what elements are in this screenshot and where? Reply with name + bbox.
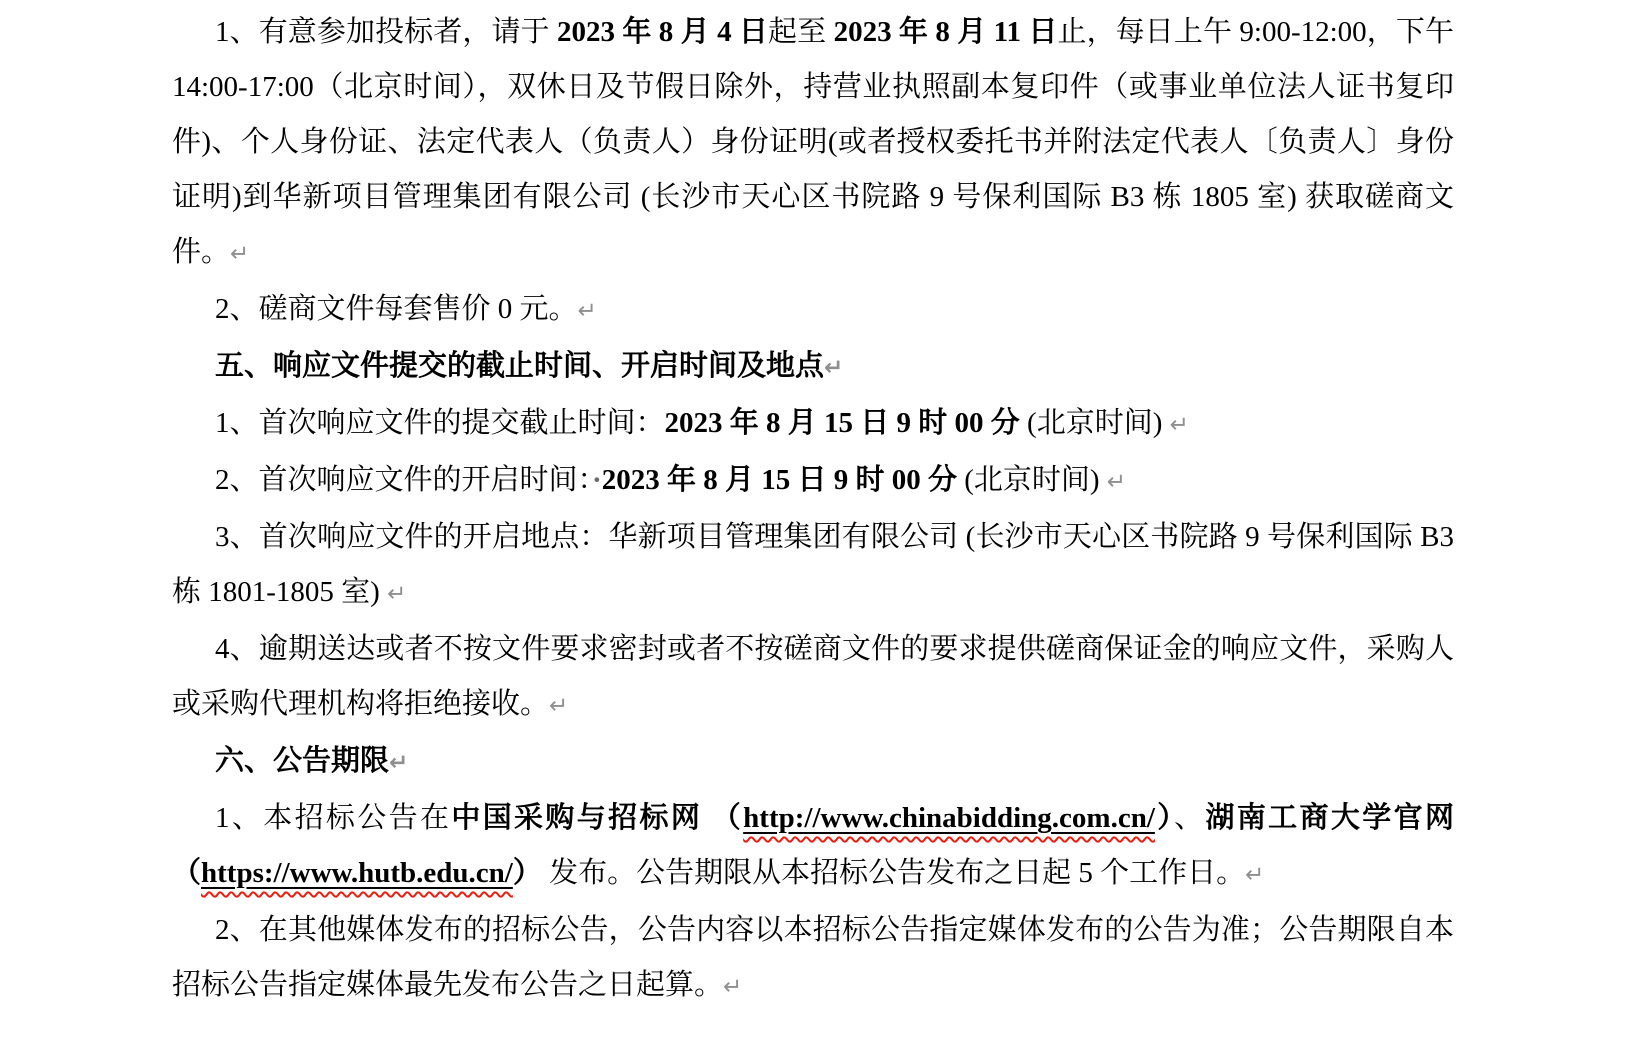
text-run: （	[702, 802, 743, 834]
paragraph-mark: ↵	[824, 355, 843, 381]
paragraph-mark: ↵	[723, 974, 742, 1000]
text-run: 2、磋商文件每套售价 0 元。	[215, 293, 578, 325]
document-page[interactable]: 1、有意参加投标者，请于 2023 年 8 月 4 日起至 2023 年 8 月…	[0, 0, 1626, 1048]
text-run: 1、本招标公告在	[215, 802, 451, 834]
text-run: 五、响应文件提交的截止时间、开启时间及地点	[215, 350, 824, 382]
paragraph-mark: ↵	[387, 581, 406, 607]
text-run: 2、首次响应文件的开启时间：	[215, 464, 592, 496]
paragraph-mark: ↵	[549, 693, 568, 719]
text-run: 2023 年 8 月 4 日	[557, 16, 768, 48]
text-run: 湖南工商大学官网	[1205, 802, 1453, 834]
text-run: 六、公告期限	[215, 745, 389, 777]
text-run: (北京时间)	[957, 464, 1107, 496]
paragraph-mark: ↵	[578, 298, 597, 324]
text-run: 止，每日上午 9:00-12:00，下午 14:00-17:00（北京时间），双…	[172, 16, 1461, 268]
url-text: https://www.hutb.edu.cn/	[201, 857, 513, 889]
item-obtain-documents: 1、有意参加投标者，请于 2023 年 8 月 4 日起至 2023 年 8 月…	[172, 5, 1454, 282]
heading-section-5: 五、响应文件提交的截止时间、开启时间及地点↵	[172, 339, 1454, 396]
text-run: (北京时间)	[1020, 407, 1170, 439]
text-run: 2023 年 8 月 15 日 9 时 00 分	[665, 407, 1020, 439]
paragraph-mark: ↵	[389, 750, 408, 776]
item-submission-deadline: 1、首次响应文件的提交截止时间：2023 年 8 月 15 日 9 时 00 分…	[172, 396, 1454, 453]
paragraph-mark: ↵	[1245, 862, 1264, 888]
text-run: 起至	[768, 16, 834, 48]
text-run: 、	[1174, 802, 1205, 834]
item-opening-location: 3、首次响应文件的开启地点：华新项目管理集团有限公司 (长沙市天心区书院路 9 …	[172, 510, 1454, 622]
item-document-price: 2、磋商文件每套售价 0 元。↵	[172, 282, 1454, 339]
text-run: 中国采购与招标网	[451, 802, 702, 834]
url-text: http://www.chinabidding.com.cn/	[743, 802, 1155, 834]
text-run: ）	[513, 857, 542, 889]
text-run: 发布。公告期限从本招标公告发布之日起 5 个工作日。	[542, 857, 1245, 889]
text-run: 1、首次响应文件的提交截止时间：	[215, 407, 665, 439]
heading-section-6: 六、公告期限↵	[172, 734, 1454, 791]
space-mark: ·	[592, 464, 602, 496]
text-run: ）	[1155, 802, 1174, 834]
text-run: 2023 年 8 月 15 日 9 时 00 分	[602, 464, 957, 496]
paragraph-mark: ↵	[1170, 412, 1189, 438]
document-body: 1、有意参加投标者，请于 2023 年 8 月 4 日起至 2023 年 8 月…	[172, 5, 1454, 1015]
item-late-delivery-rejection: 4、逾期送达或者不按文件要求密封或者不按磋商文件的要求提供磋商保证金的响应文件，…	[172, 622, 1454, 734]
text-run: 4、逾期送达或者不按文件要求密封或者不按磋商文件的要求提供磋商保证金的响应文件，…	[172, 633, 1454, 720]
item-announcement-media: 1、本招标公告在中国采购与招标网 （http://www.chinabiddin…	[172, 791, 1454, 903]
paragraph-mark: ↵	[230, 241, 249, 267]
paragraph-mark: ↵	[1107, 469, 1126, 495]
text-run: 1、有意参加投标者，请于	[215, 16, 557, 48]
text-run: 3、首次响应文件的开启地点：华新项目管理集团有限公司 (长沙市天心区书院路 9 …	[172, 521, 1461, 608]
text-run: 2023 年 8 月 11 日	[834, 16, 1058, 48]
item-other-media: 2、在其他媒体发布的招标公告，公告内容以本招标公告指定媒体发布的公告为准；公告期…	[172, 903, 1454, 1015]
item-opening-time: 2、首次响应文件的开启时间：·2023 年 8 月 15 日 9 时 00 分 …	[172, 453, 1454, 510]
text-run: 2、在其他媒体发布的招标公告，公告内容以本招标公告指定媒体发布的公告为准；公告期…	[172, 914, 1454, 1001]
